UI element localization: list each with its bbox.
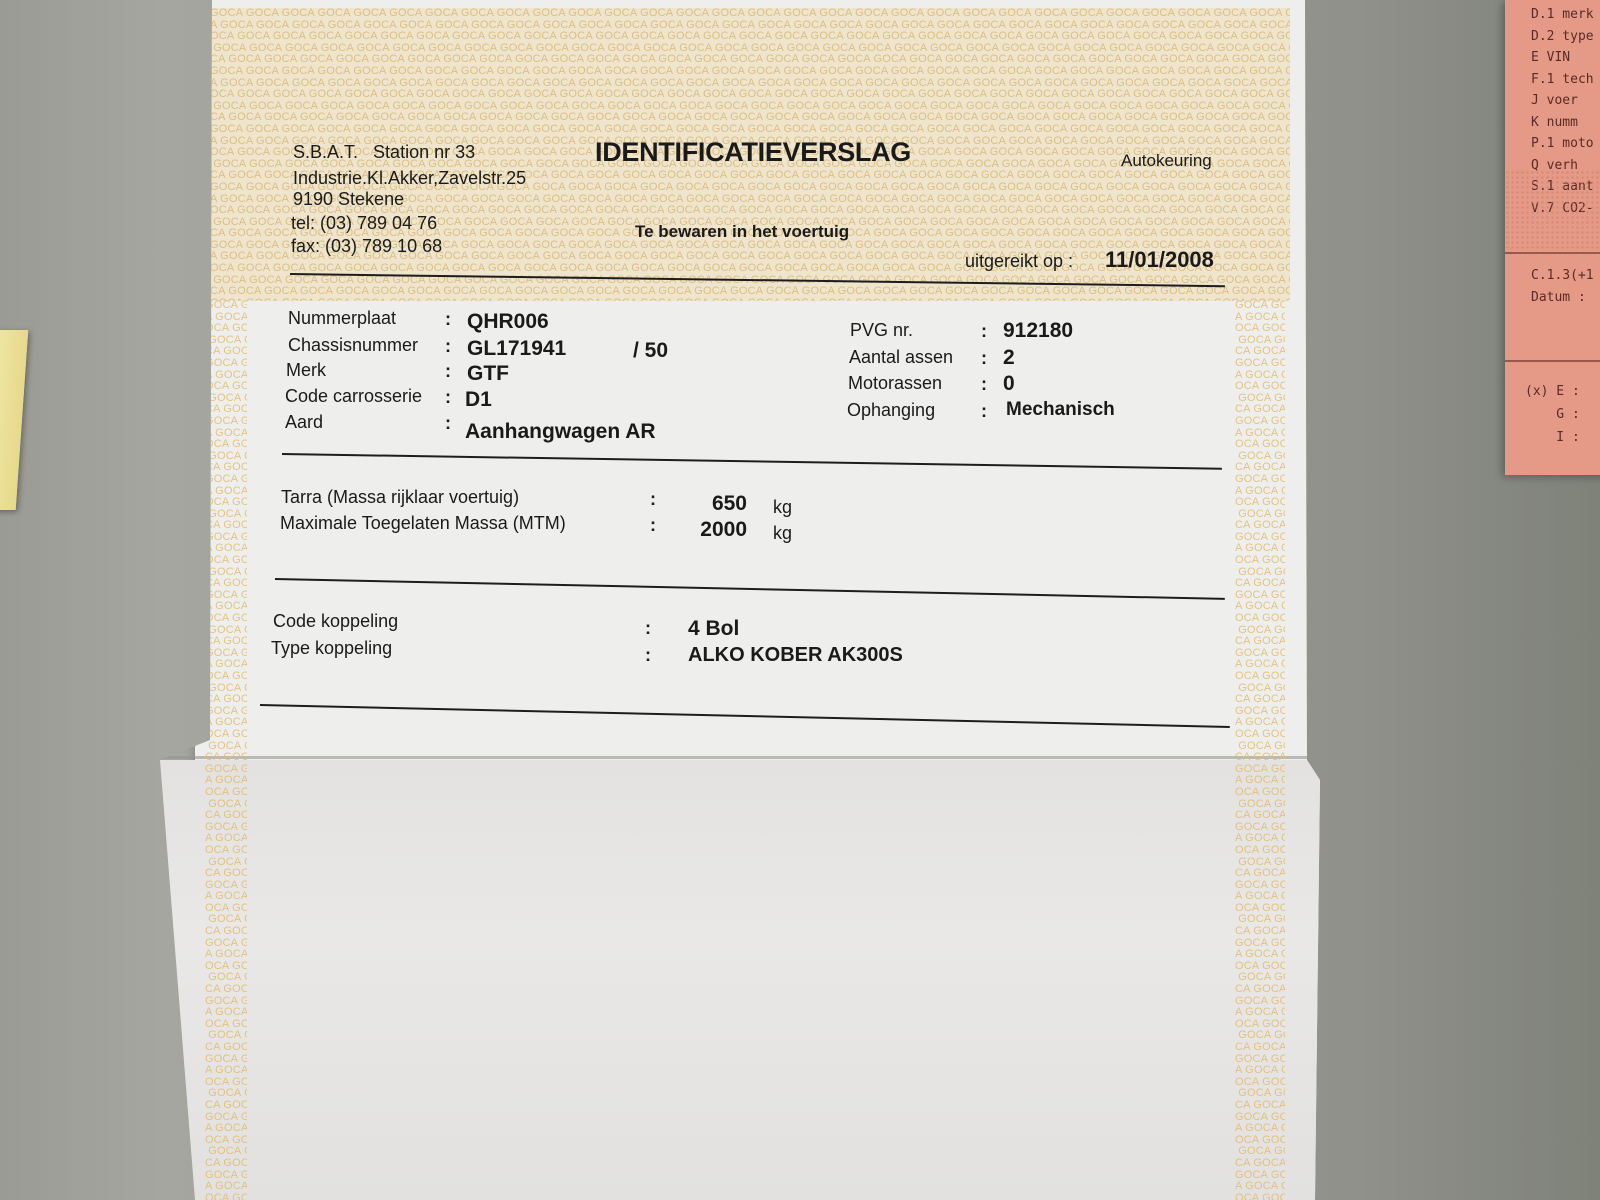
station-city: 9190 Stekene: [293, 189, 404, 210]
station-org: S.B.A.T. Station nr 33: [293, 142, 475, 163]
field-value: GTF: [467, 362, 509, 386]
side-doc-row: K numm: [1531, 115, 1578, 130]
mass-value: 2000: [665, 518, 747, 542]
field-separator: :: [645, 645, 651, 666]
mass-unit: kg: [773, 523, 792, 544]
field-label: PVG nr.: [850, 320, 913, 341]
field-label: Aantal assen: [849, 347, 953, 368]
divider: [260, 704, 1230, 728]
field-label: Nummerplaat: [288, 308, 396, 329]
side-doc-row: P.1 moto: [1531, 136, 1594, 151]
document-title: IDENTIFICATIEVERSLAG: [595, 137, 911, 168]
divider: [275, 578, 1225, 600]
field-label: Ophanging: [847, 400, 935, 421]
field-value: Mechanisch: [1006, 399, 1115, 421]
field-separator: :: [981, 321, 987, 342]
divider: [282, 453, 1222, 470]
field-separator: :: [981, 401, 987, 422]
field-separator: :: [445, 336, 451, 357]
mass-unit: kg: [773, 497, 792, 518]
field-label: Chassisnummer: [288, 335, 418, 356]
field-value: D1: [465, 388, 492, 412]
field-separator: :: [445, 361, 451, 382]
mass-value: 650: [665, 492, 747, 516]
field-separator: :: [981, 374, 987, 395]
field-value: QHR006: [467, 310, 549, 334]
background-yellow-paper: [0, 330, 28, 510]
field-label: Code carrosserie: [285, 386, 422, 407]
field-separator: :: [445, 309, 451, 330]
coupling-label: Type koppeling: [271, 638, 392, 659]
field-separator: :: [645, 618, 651, 639]
station-fax: fax: (03) 789 10 68: [291, 236, 442, 257]
field-separator: :: [445, 387, 451, 408]
side-doc-row: D.1 merk: [1531, 7, 1594, 22]
document-category: Autokeuring: [1121, 151, 1212, 171]
keep-in-vehicle-notice: Te bewaren in het voertuig: [635, 222, 849, 242]
coupling-value: 4 Bol: [688, 617, 739, 641]
side-doc-row: I :: [1525, 430, 1580, 445]
field-label: Merk: [286, 360, 326, 381]
field-value: GL171941: [467, 337, 566, 361]
side-doc-row: Datum :: [1531, 290, 1586, 305]
station-tel: tel: (03) 789 04 76: [291, 213, 437, 234]
field-separator: :: [650, 489, 656, 510]
station-address: Industrie.Kl.Akker,Zavelstr.25: [293, 168, 526, 189]
side-doc-row: (x) E :: [1525, 384, 1580, 399]
issued-label: uitgereikt op :: [965, 251, 1073, 272]
field-value: 2: [1003, 346, 1015, 370]
watermark-right-strip: GOCA GOCA GOCA A GOCA GOCA OCA GOCA GOCA…: [1235, 300, 1285, 1200]
mass-label: Maximale Toegelaten Massa (MTM): [280, 513, 566, 534]
issued-date: 11/01/2008: [1105, 247, 1214, 273]
mass-label: Tarra (Massa rijklaar voertuig): [281, 487, 519, 508]
identification-report: GOCA GOCA GOCA GOCA GOCA GOCA GOCA GOCA …: [195, 0, 1320, 1200]
side-doc-row: J voer: [1531, 93, 1578, 108]
fold-crease: [155, 756, 1320, 759]
field-label: Aard: [285, 412, 323, 433]
field-value: Aanhangwagen AR: [465, 420, 656, 444]
side-doc-row: E VIN: [1531, 50, 1570, 65]
paper-lower-fold: [155, 760, 1320, 1200]
field-separator: :: [445, 413, 451, 434]
side-registration-document: D.1 merkD.2 typeE VINF.1 techJ voerK num…: [1505, 0, 1600, 475]
field-separator: :: [650, 515, 656, 536]
side-doc-row: D.2 type: [1531, 29, 1594, 44]
field-value: 912180: [1003, 319, 1073, 343]
field-separator: :: [981, 348, 987, 369]
side-doc-row: F.1 tech: [1531, 72, 1594, 87]
field-suffix: / 50: [633, 339, 668, 363]
watermark-left-strip: GOCA GOCA GOCA A GOCA GOCA OCA GOCA GOCA…: [205, 300, 247, 1200]
field-label: Motorassen: [848, 373, 942, 394]
side-doc-row: C.1.3(+1: [1531, 268, 1594, 283]
coupling-value: ALKO KOBER AK300S: [688, 644, 903, 667]
side-doc-row: G :: [1525, 407, 1580, 422]
coupling-label: Code koppeling: [273, 611, 398, 632]
field-value: 0: [1003, 372, 1015, 396]
